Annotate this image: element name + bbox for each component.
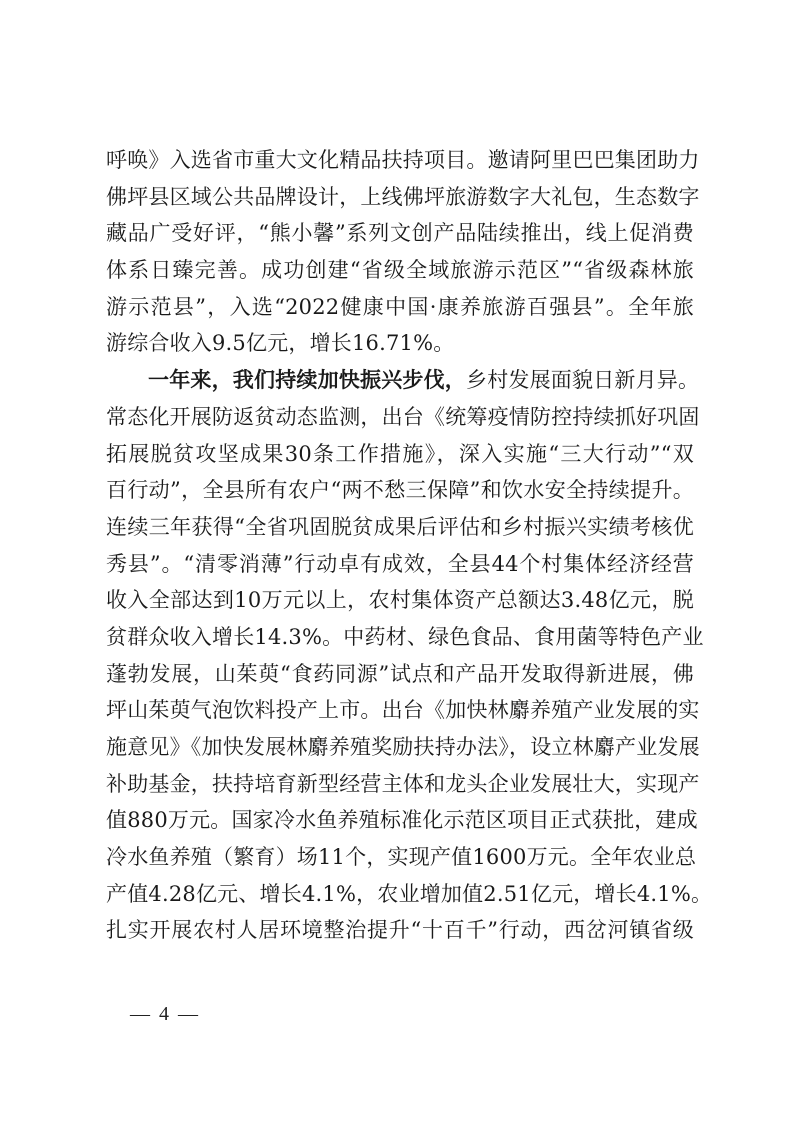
text-line: 体系日臻完善。成功创建“省级全域旅游示范区”“省级森林旅 [106,252,694,289]
text-line: 呼唤》入选省市重大文化精品扶持项目。邀请阿里巴巴集团助力 [106,142,694,179]
text-line: 冷水鱼养殖（繁育）场11个，实现产值1600万元。全年农业总 [106,839,694,876]
text-line: 秀县”。“清零消薄”行动卓有成效，全县44个村集体经济经营 [106,546,694,583]
text-line: 常态化开展防返贫动态监测，出台《统筹疫情防控持续抓好巩固 [106,399,694,436]
text-line: 补助基金，扶持培育新型经营主体和龙头企业发展壮大，实现产 [106,766,694,803]
text-line: 藏品广受好评，“熊小馨”系列文创产品陆续推出，线上促消费 [106,215,694,252]
text-line: 佛坪县区域公共品牌设计，上线佛坪旅游数字大礼包，生态数字 [106,179,694,216]
text-line: 收入全部达到10万元以上，农村集体资产总额达3.48亿元，脱 [106,582,694,619]
text-line: 扎实开展农村人居环境整治提升“十百千”行动，西岔河镇省级 [106,912,694,949]
text-line: 百行动”，全县所有农户“两不愁三保障”和饮水安全持续提升。 [106,472,694,509]
text-line: 坪山茱萸气泡饮料投产上市。出台《加快林麝养殖产业发展的实 [106,692,694,729]
text-line: 游综合收入9.5亿元，增长16.71%。 [106,325,694,362]
document-page: 呼唤》入选省市重大文化精品扶持项目。邀请阿里巴巴集团助力 佛坪县区域公共品牌设计… [0,0,793,1122]
text-line: 连续三年获得“全省巩固脱贫成果后评估和乡村振兴实绩考核优 [106,509,694,546]
text-line: 产值4.28亿元、增长4.1%，农业增加值2.51亿元，增长4.1%。 [106,876,694,913]
text-line: 拓展脱贫攻坚成果30条工作措施》，深入实施“三大行动”“双 [106,436,694,473]
paragraph-lead-line: 一年来，我们持续加快振兴步伐，乡村发展面貌日新月异。 [106,362,694,399]
paragraph-tourism: 呼唤》入选省市重大文化精品扶持项目。邀请阿里巴巴集团助力 佛坪县区域公共品牌设计… [106,142,694,362]
lead-sentence-rest: 乡村发展面貌日新月异。 [466,368,699,392]
document-body: 呼唤》入选省市重大文化精品扶持项目。邀请阿里巴巴集团助力 佛坪县区域公共品牌设计… [106,142,694,949]
page-number: — 4 — [130,1003,200,1026]
paragraph-rural-revitalization: 一年来，我们持续加快振兴步伐，乡村发展面貌日新月异。 常态化开展防返贫动态监测，… [106,362,694,949]
text-line: 值880万元。国家冷水鱼养殖标准化示范区项目正式获批，建成 [106,802,694,839]
text-line: 施意见》《加快发展林麝养殖奖励扶持办法》，设立林麝产业发展 [106,729,694,766]
lead-sentence: 一年来，我们持续加快振兴步伐， [148,367,466,392]
text-line: 贫群众收入增长14.3%。中药材、绿色食品、食用菌等特色产业 [106,619,694,656]
text-line: 游示范县”，入选“2022健康中国·康养旅游百强县”。全年旅 [106,289,694,326]
text-line: 蓬勃发展，山茱萸“食药同源”试点和产品开发取得新进展，佛 [106,656,694,693]
